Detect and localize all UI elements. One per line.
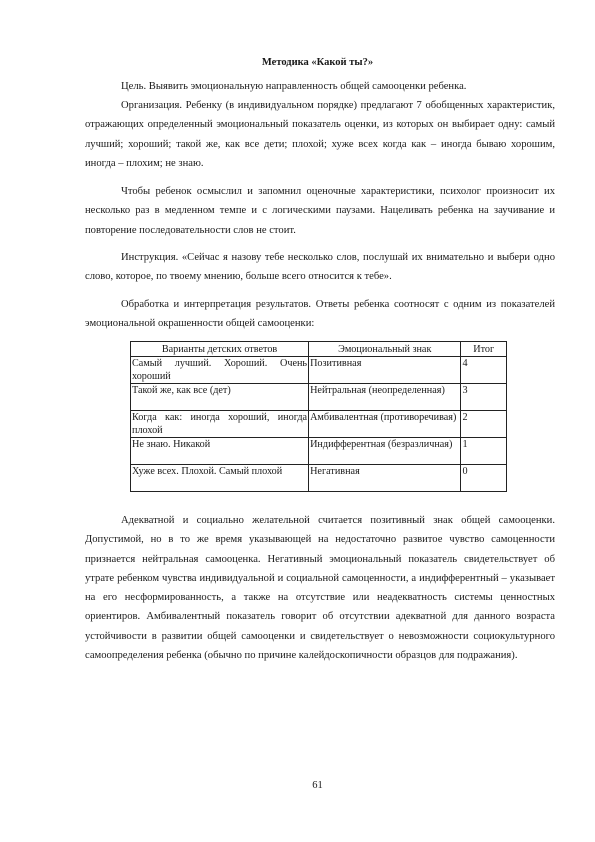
table-row: Хуже всех. Плохой. Самый плохой Негативн…: [131, 465, 507, 492]
table-cell-answer: Хуже всех. Плохой. Самый плохой: [131, 465, 309, 492]
table-row: Самый лучший. Хороший. Очень хороший Поз…: [131, 357, 507, 384]
table-header-cell: Варианты детских ответов: [131, 342, 309, 357]
table-row: Когда как: иногда хороший, иногда плохой…: [131, 411, 507, 438]
document-page: Методика «Какой ты?» Цель. Выявить эмоци…: [0, 0, 595, 842]
paragraph-text: Обработка и интерпретация результатов. О…: [85, 295, 555, 334]
table-cell-sign: Амбивалентная (противоречивая): [309, 411, 461, 438]
table-cell-score: 3: [461, 384, 507, 411]
paragraph-text: Организация. Ребенку (в индивидуальном п…: [85, 96, 555, 173]
paragraph-text: Цель. Выявить эмоциональную направленнос…: [85, 77, 555, 96]
table-row: Не знаю. Никакой Индифферентная (безразл…: [131, 438, 507, 465]
table-header-cell: Эмоциональный знак: [309, 342, 461, 357]
table-cell-answer: Когда как: иногда хороший, иногда плохой: [131, 411, 309, 438]
paragraph-procedure: Чтобы ребенок осмыслил и запомнил оценоч…: [85, 182, 555, 240]
paragraph-text: Инструкция. «Сейчас я назову тебе нескол…: [85, 248, 555, 287]
table-cell-sign: Позитивная: [309, 357, 461, 384]
table-cell-sign: Индифферентная (безразличная): [309, 438, 461, 465]
table-cell-answer: Не знаю. Никакой: [131, 438, 309, 465]
table-header-row: Варианты детских ответов Эмоциональный з…: [131, 342, 507, 357]
paragraph-instruction: Инструкция. «Сейчас я назову тебе нескол…: [85, 248, 555, 287]
table-cell-sign: Негативная: [309, 465, 461, 492]
paragraph-text: Адекватной и социально желательной счита…: [85, 511, 555, 665]
results-table: Варианты детских ответов Эмоциональный з…: [130, 341, 507, 492]
table-cell-score: 4: [461, 357, 507, 384]
paragraph-processing: Обработка и интерпретация результатов. О…: [85, 295, 555, 334]
table-cell-score: 1: [461, 438, 507, 465]
paragraph-text: Чтобы ребенок осмыслил и запомнил оценоч…: [85, 182, 555, 240]
table-cell-sign: Нейтральная (неопределенная): [309, 384, 461, 411]
table-header-cell: Итог: [461, 342, 507, 357]
paragraph-goal: Цель. Выявить эмоциональную направленнос…: [85, 77, 555, 96]
table-cell-answer: Самый лучший. Хороший. Очень хороший: [131, 357, 309, 384]
document-title: Методика «Какой ты?»: [0, 57, 595, 68]
page-number: 61: [0, 780, 595, 791]
table-row: Такой же, как все (дет) Нейтральная (нео…: [131, 384, 507, 411]
table-cell-score: 2: [461, 411, 507, 438]
paragraph-organization: Организация. Ребенку (в индивидуальном п…: [85, 96, 555, 173]
table-cell-score: 0: [461, 465, 507, 492]
paragraph-conclusion: Адекватной и социально желательной счита…: [85, 511, 555, 665]
table-cell-answer: Такой же, как все (дет): [131, 384, 309, 411]
